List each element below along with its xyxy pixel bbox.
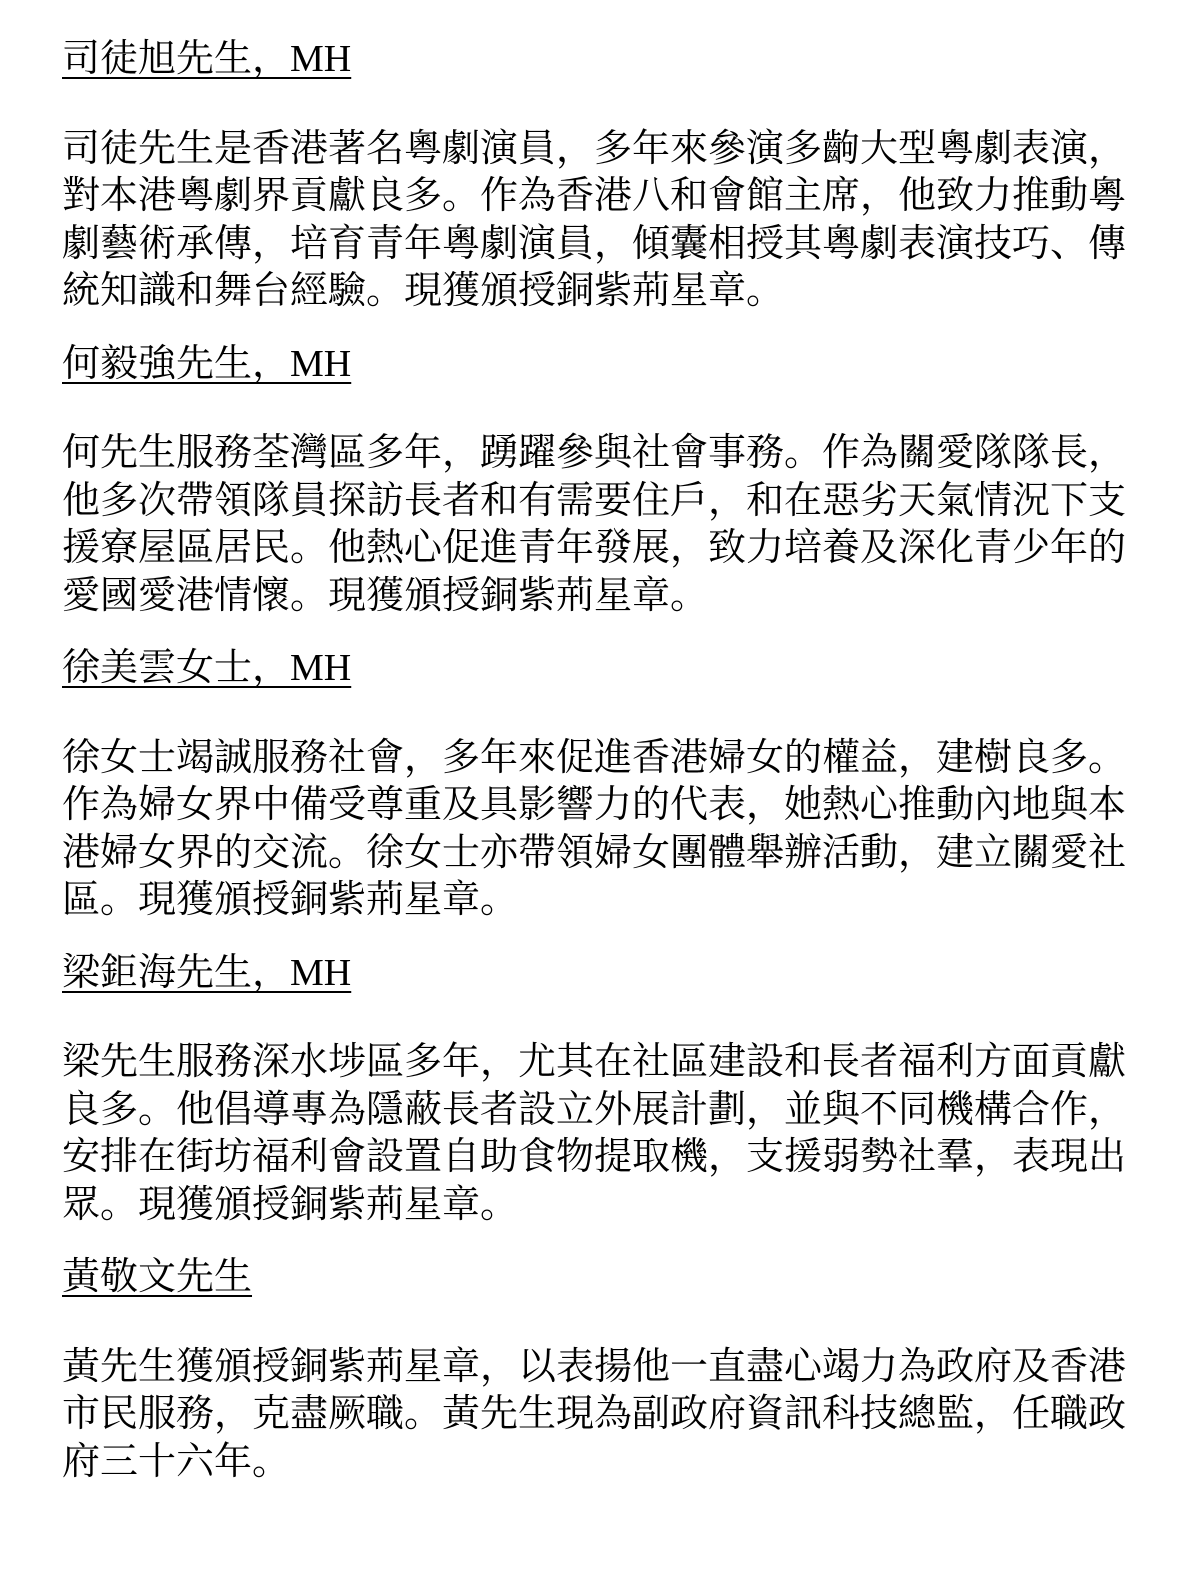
person-heading: 司徒旭先生，MH <box>62 36 1134 84</box>
person-heading: 梁鉅海先生，MH <box>62 950 1134 998</box>
document-content: 司徒旭先生，MH 司徒先生是香港著名粵劇演員，多年來參演多齣大型粵劇表演，對本港… <box>62 36 1134 1486</box>
award-entry: 司徒旭先生，MH 司徒先生是香港著名粵劇演員，多年來參演多齣大型粵劇表演，對本港… <box>62 36 1134 316</box>
person-heading: 黃敬文先生 <box>62 1254 1134 1302</box>
person-heading: 徐美雲女士，MH <box>62 645 1134 693</box>
person-bio: 黃先生獲頒授銅紫荊星章，以表揚他一直盡心竭力為政府及香港市民服務，克盡厥職。黃先… <box>62 1344 1134 1487</box>
citation-document: 司徒旭先生，MH 司徒先生是香港著名粵劇演員，多年來參演多齣大型粵劇表演，對本港… <box>0 0 1198 1486</box>
person-bio: 徐女士竭誠服務社會，多年來促進香港婦女的權益，建樹良多。作為婦女界中備受尊重及具… <box>62 735 1134 925</box>
person-bio: 梁先生服務深水埗區多年，尤其在社區建設和長者福利方面貢獻良多。他倡導專為隱蔽長者… <box>62 1039 1134 1229</box>
person-bio: 司徒先生是香港著名粵劇演員，多年來參演多齣大型粵劇表演，對本港粵劇界貢獻良多。作… <box>62 126 1134 316</box>
person-bio: 何先生服務荃灣區多年，踴躍參與社會事務。作為關愛隊隊長，他多次帶領隊員探訪長者和… <box>62 430 1134 620</box>
award-entry: 黃敬文先生 黃先生獲頒授銅紫荊星章，以表揚他一直盡心竭力為政府及香港市民服務，克… <box>62 1254 1134 1486</box>
award-entry: 梁鉅海先生，MH 梁先生服務深水埗區多年，尤其在社區建設和長者福利方面貢獻良多。… <box>62 950 1134 1230</box>
person-heading: 何毅強先生，MH <box>62 341 1134 389</box>
award-entry: 何毅強先生，MH 何先生服務荃灣區多年，踴躍參與社會事務。作為關愛隊隊長，他多次… <box>62 341 1134 621</box>
award-entry: 徐美雲女士，MH 徐女士竭誠服務社會，多年來促進香港婦女的權益，建樹良多。作為婦… <box>62 645 1134 925</box>
